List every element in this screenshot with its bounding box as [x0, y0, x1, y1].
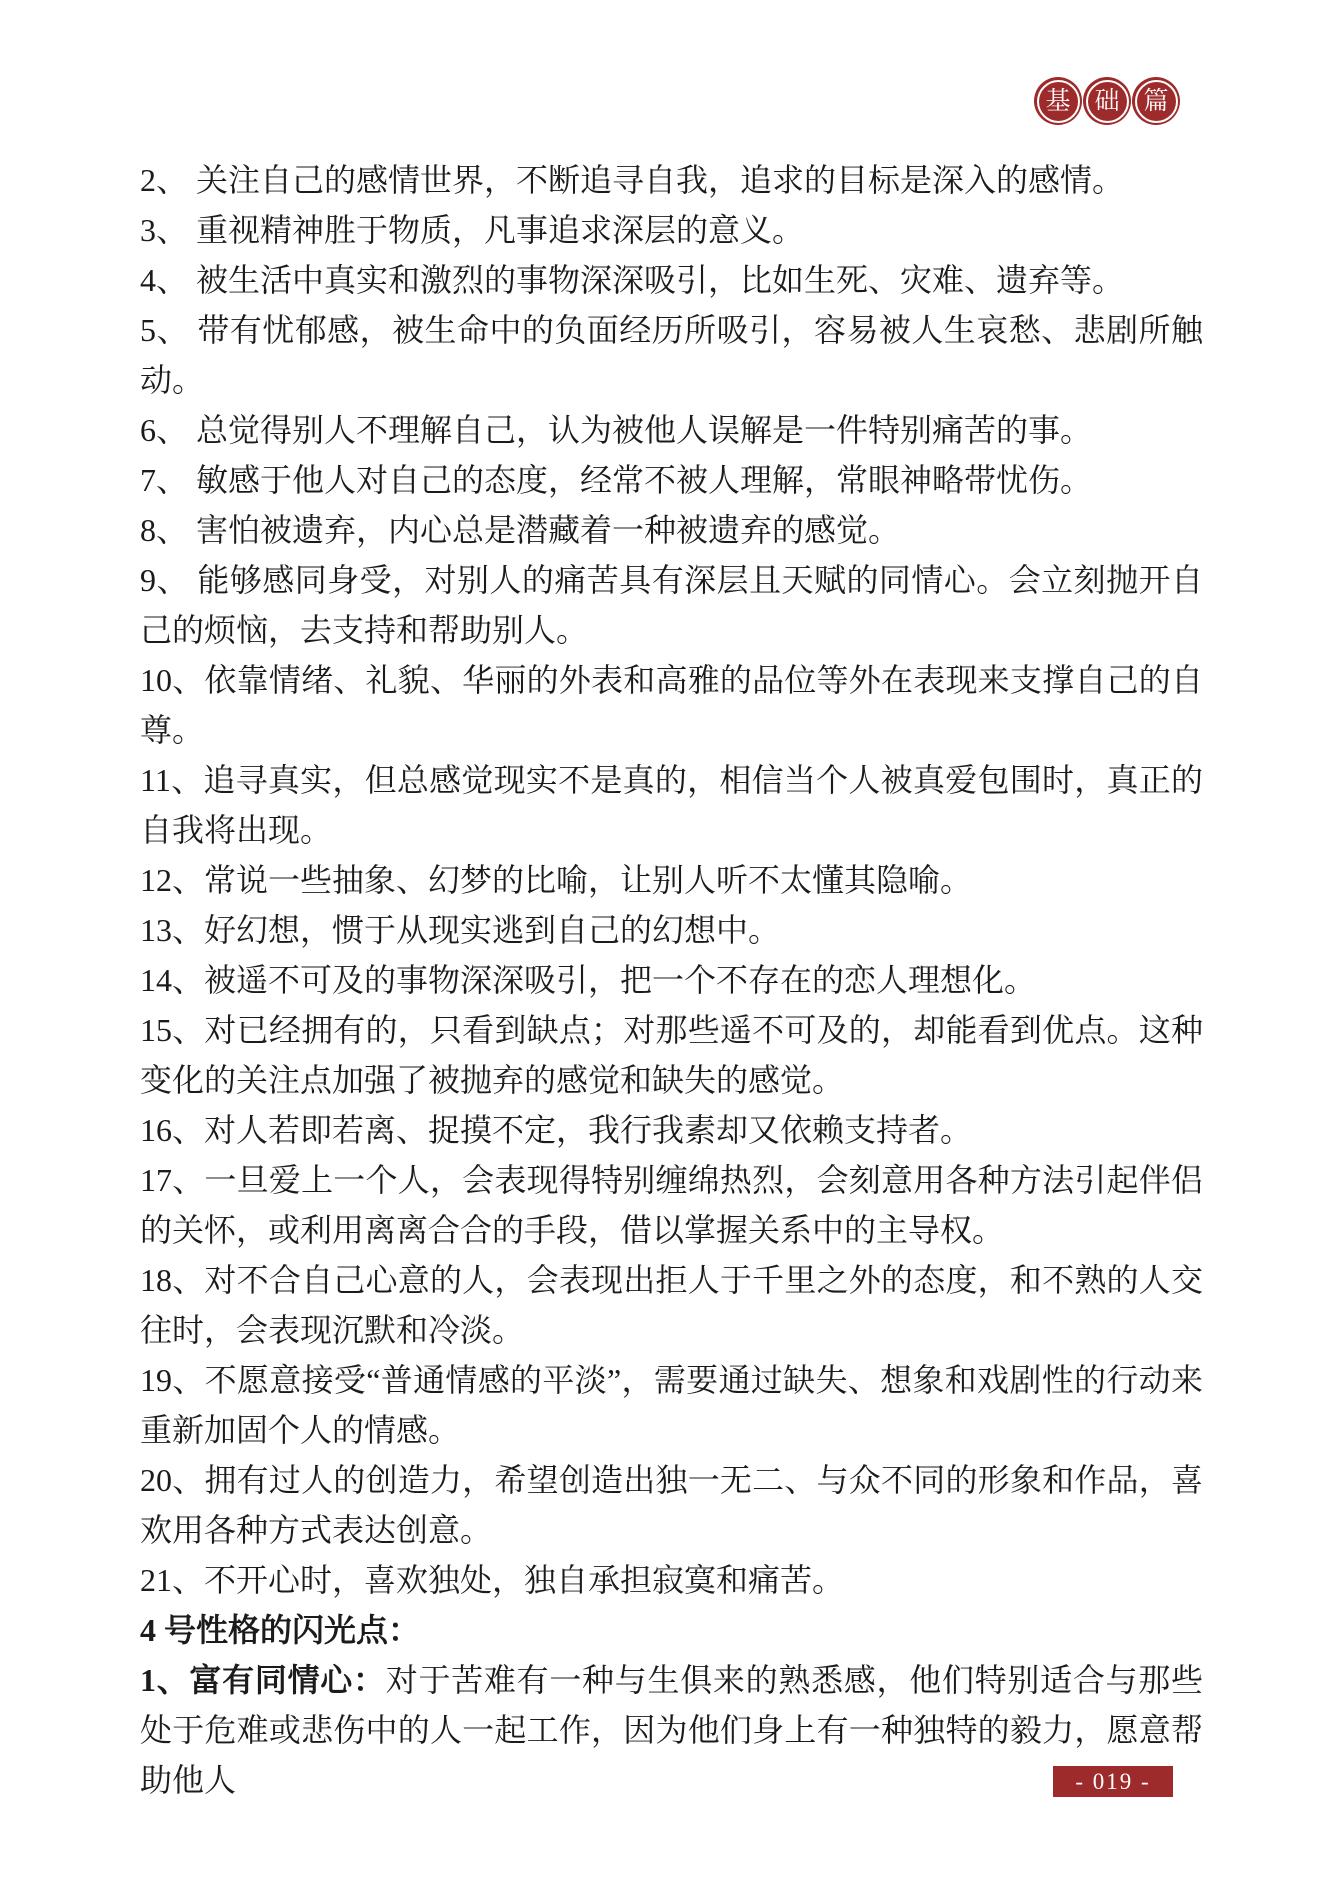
flash-point-label: 1、富有同情心：: [140, 1662, 386, 1698]
trait-item-11: 11、追寻真实，但总感觉现实不是真的，相信当个人被真爱包围时，真正的自我将出现。: [140, 755, 1203, 855]
chapter-badges: 基 础 篇: [1034, 77, 1180, 125]
trait-item-6: 6、 总觉得别人不理解自己，认为被他人误解是一件特别痛苦的事。: [140, 405, 1203, 455]
chapter-badge-2: 础: [1083, 77, 1131, 125]
trait-item-21: 21、不开心时，喜欢独处，独自承担寂寞和痛苦。: [140, 1555, 1203, 1605]
page-number-badge: - 019 -: [1053, 1766, 1173, 1797]
chapter-badge-char: 础: [1086, 80, 1129, 123]
section-heading: 4 号性格的闪光点：: [140, 1605, 1203, 1655]
trait-item-2: 2、 关注自己的感情世界，不断追寻自我，追求的目标是深入的感情。: [140, 155, 1203, 205]
trait-item-10: 10、依靠情绪、礼貌、华丽的外表和高雅的品位等外在表现来支撑自己的自尊。: [140, 655, 1203, 755]
trait-item-15: 15、对已经拥有的，只看到缺点；对那些遥不可及的，却能看到优点。这种变化的关注点…: [140, 1005, 1203, 1105]
trait-item-14: 14、被遥不可及的事物深深吸引，把一个不存在的恋人理想化。: [140, 955, 1203, 1005]
trait-item-7: 7、 敏感于他人对自己的态度，经常不被人理解，常眼神略带忧伤。: [140, 455, 1203, 505]
trait-item-4: 4、 被生活中真实和激烈的事物深深吸引，比如生死、灾难、遗弃等。: [140, 255, 1203, 305]
chapter-badge-char: 基: [1037, 80, 1080, 123]
chapter-badge-1: 基: [1034, 77, 1082, 125]
trait-item-12: 12、常说一些抽象、幻梦的比喻，让别人听不太懂其隐喻。: [140, 855, 1203, 905]
chapter-badge-3: 篇: [1132, 77, 1180, 125]
trait-item-16: 16、对人若即若离、捉摸不定，我行我素却又依赖支持者。: [140, 1105, 1203, 1155]
trait-item-9: 9、 能够感同身受，对别人的痛苦具有深层且天赋的同情心。会立刻抛开自己的烦恼，去…: [140, 555, 1203, 655]
page-number-text: - 019 -: [1075, 1769, 1150, 1795]
trait-item-19: 19、不愿意接受“普通情感的平淡”，需要通过缺失、想象和戏剧性的行动来重新加固个…: [140, 1355, 1203, 1455]
trait-item-5: 5、 带有忧郁感，被生命中的负面经历所吸引，容易被人生哀愁、悲剧所触动。: [140, 305, 1203, 405]
trait-item-3: 3、 重视精神胜于物质，凡事追求深层的意义。: [140, 205, 1203, 255]
book-page: 基 础 篇 2、 关注自己的感情世界，不断追寻自我，追求的目标是深入的感情。 3…: [0, 0, 1339, 1890]
trait-item-20: 20、拥有过人的创造力，希望创造出独一无二、与众不同的形象和作品，喜欢用各种方式…: [140, 1455, 1203, 1555]
trait-item-8: 8、 害怕被遗弃，内心总是潜藏着一种被遗弃的感觉。: [140, 505, 1203, 555]
trait-item-17: 17、一旦爱上一个人，会表现得特别缠绵热烈，会刻意用各种方法引起伴侣的关怀，或利…: [140, 1155, 1203, 1255]
trait-item-13: 13、好幻想，惯于从现实逃到自己的幻想中。: [140, 905, 1203, 955]
trait-item-18: 18、对不合自己心意的人，会表现出拒人于千里之外的态度，和不熟的人交往时，会表现…: [140, 1255, 1203, 1355]
flash-point-1: 1、富有同情心：对于苦难有一种与生俱来的熟悉感，他们特别适合与那些处于危难或悲伤…: [140, 1655, 1203, 1805]
body-text: 2、 关注自己的感情世界，不断追寻自我，追求的目标是深入的感情。 3、 重视精神…: [140, 155, 1203, 1805]
chapter-badge-char: 篇: [1135, 80, 1178, 123]
